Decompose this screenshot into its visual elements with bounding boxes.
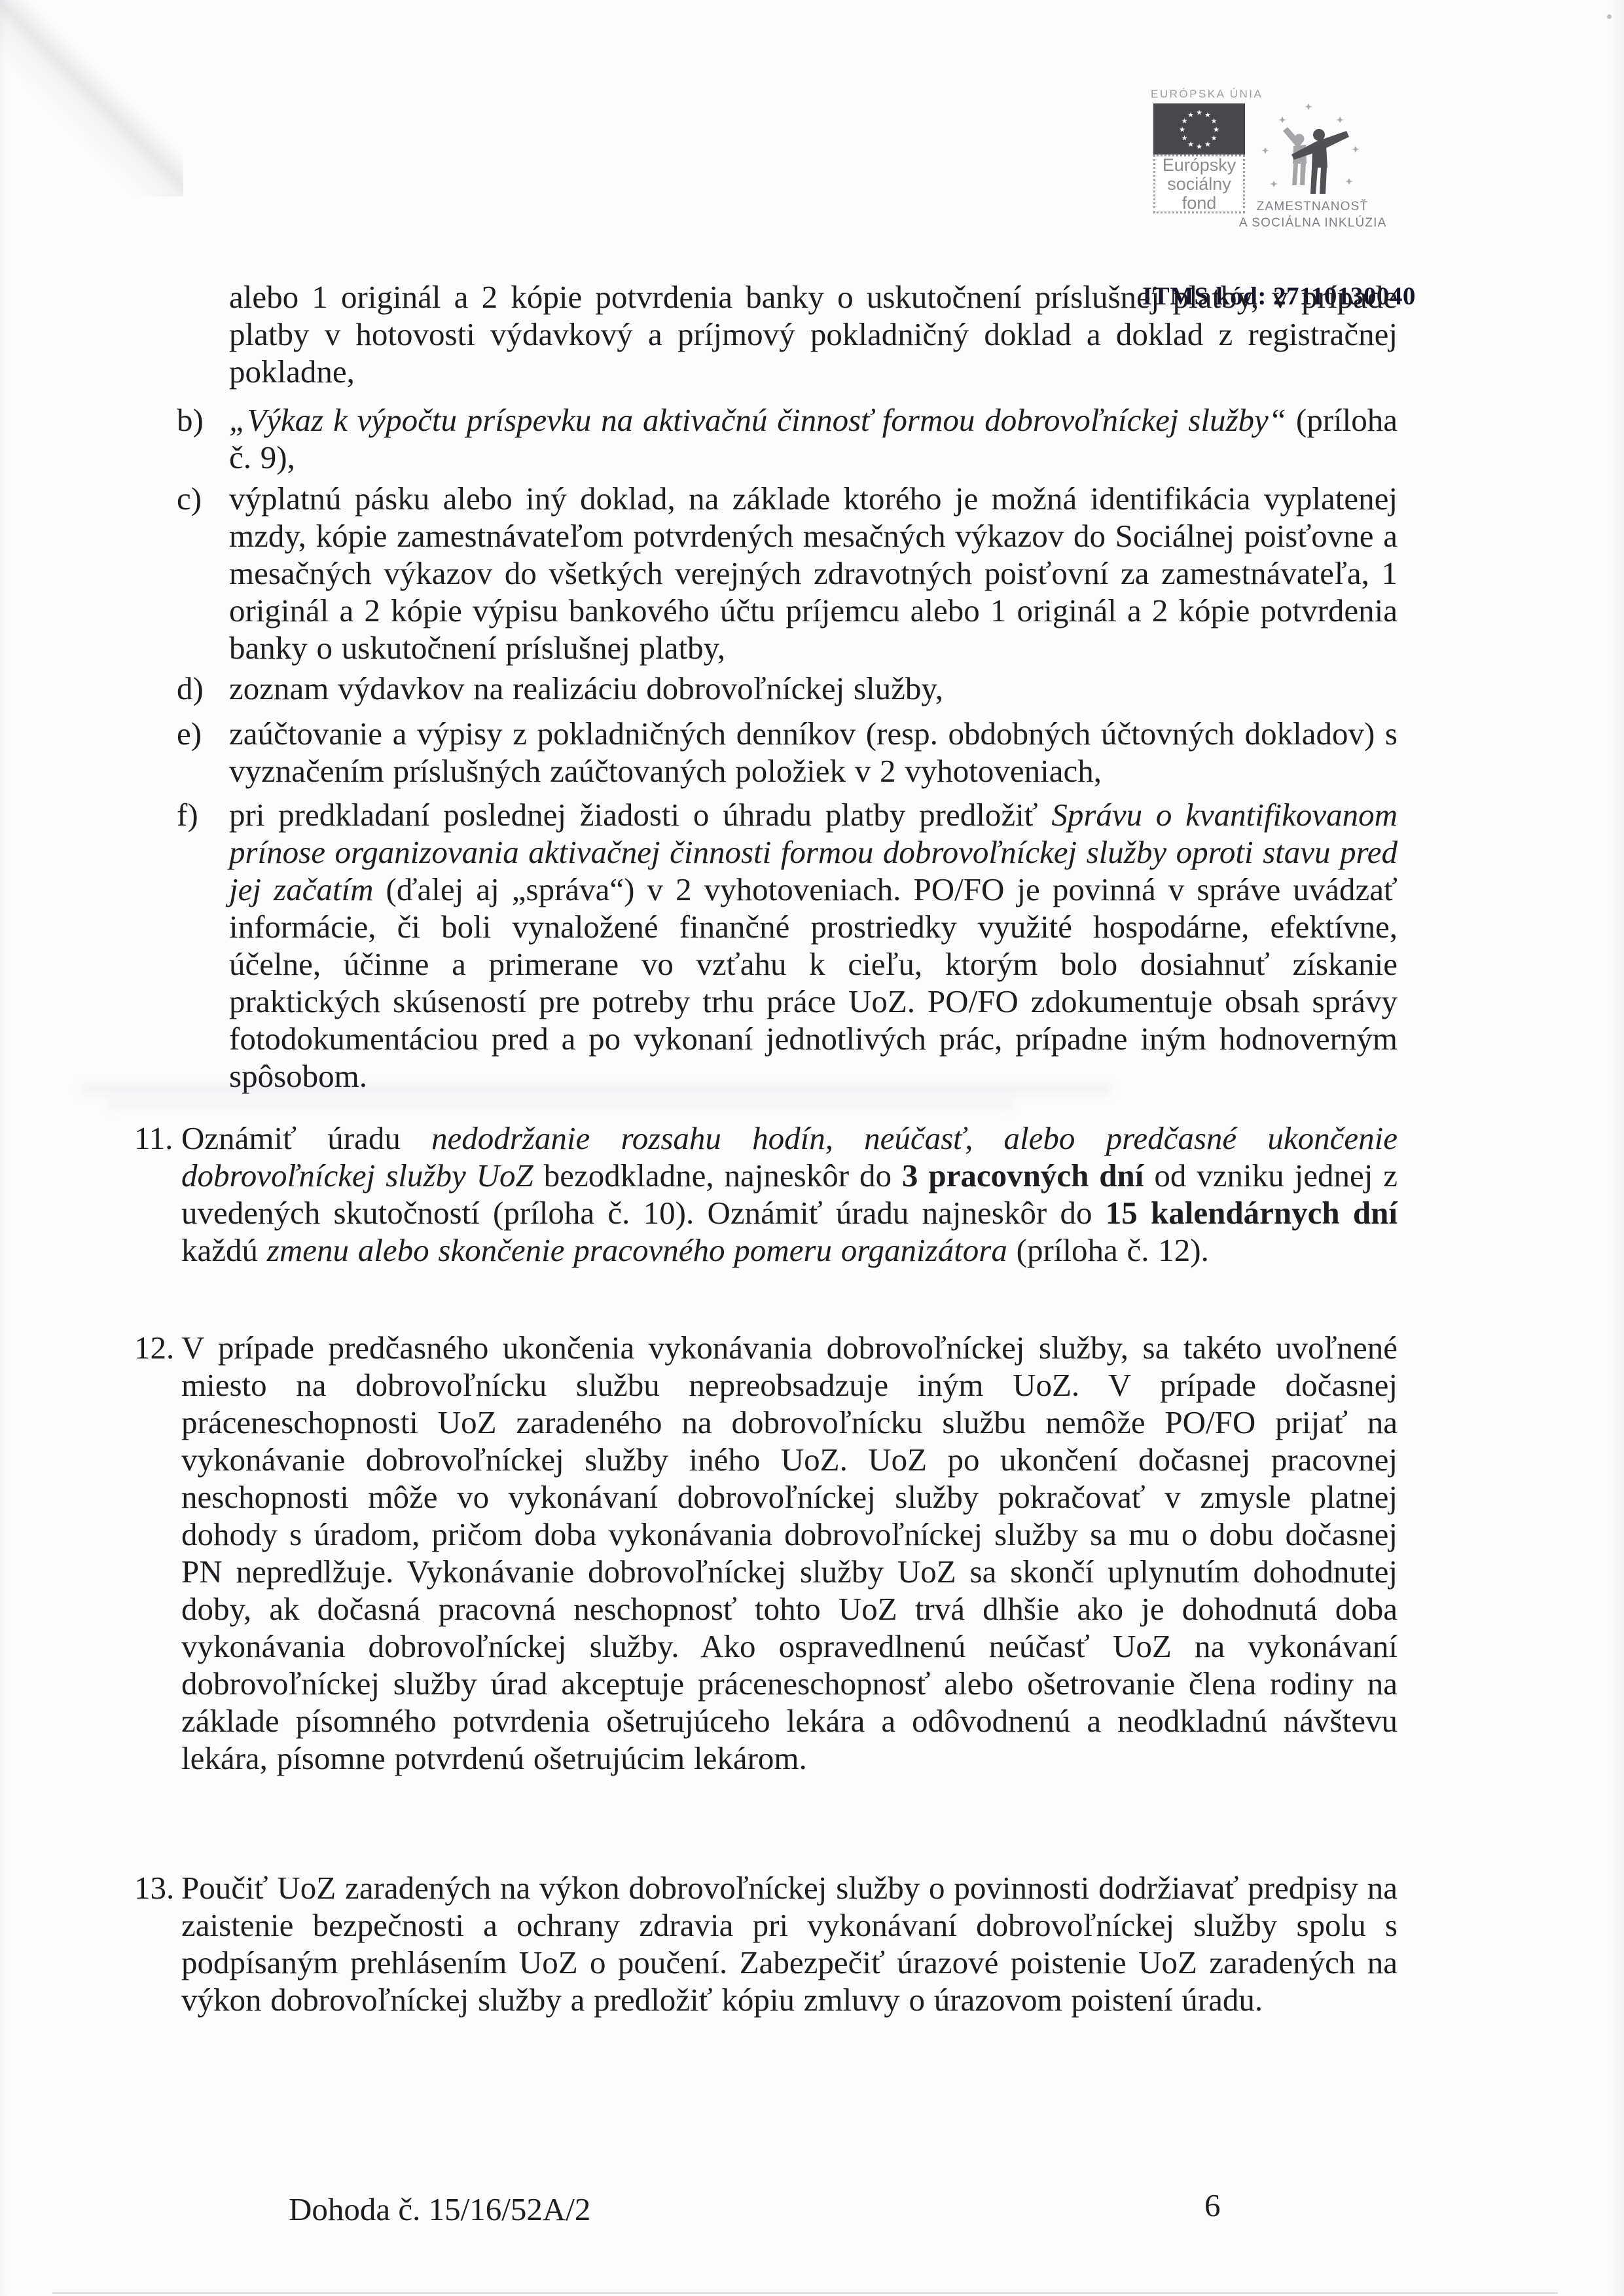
item-label: e) <box>177 715 202 752</box>
footer-document-number: Dohoda č. 15/16/52A/2 <box>289 2191 590 2228</box>
scan-edge-bottom <box>52 2292 1558 2294</box>
svg-text:★: ★ <box>1187 140 1194 149</box>
svg-text:★: ★ <box>1196 143 1202 151</box>
item-label: b) <box>177 401 204 439</box>
item-label: 13. <box>134 1869 174 1906</box>
list-item-f: f) pri predkladaní poslednej žiadosti o … <box>177 796 1398 1095</box>
svg-text:★: ★ <box>1182 117 1188 126</box>
svg-text:★: ★ <box>1211 117 1218 126</box>
list-item-13: 13. Poučiť UoZ zaradených na výkon dobro… <box>134 1869 1398 2018</box>
item-text: Oznámiť úradu nedodržanie rozsahu hodín,… <box>181 1120 1398 1269</box>
scan-speck <box>1607 14 1612 19</box>
esf-caption-line: fond <box>1155 194 1243 213</box>
list-item-b: b) „Výkaz k výpočtu príspevku na aktivač… <box>177 401 1398 476</box>
item-label: f) <box>177 796 198 833</box>
item-text: zoznam výdavkov na realizáciu dobrovoľní… <box>229 670 1398 707</box>
scanned-document-page: { "header": { "eu_logo": { "top_label": … <box>0 0 1624 2296</box>
eu-stars-circle-icon: ★ ★ ★ ★ ★ ★ ★ ★ ★ ★ ★ ★ <box>1153 103 1245 155</box>
item-label: c) <box>177 480 202 517</box>
scan-edge-right <box>1611 0 1624 2296</box>
item-label: 12. <box>134 1329 174 1366</box>
page-fold-shadow <box>0 0 183 196</box>
esf-caption-box: Európsky sociálny fond <box>1153 155 1245 213</box>
svg-text:★: ★ <box>1196 109 1202 117</box>
svg-text:★: ★ <box>1211 134 1218 143</box>
esf-caption-line: sociálny <box>1155 175 1243 194</box>
svg-text:★: ★ <box>1204 140 1211 149</box>
svg-text:★: ★ <box>1213 126 1219 134</box>
item-text: výplatnú pásku alebo iný doklad, na zákl… <box>229 480 1398 666</box>
list-item-11: 11. Oznámiť úradu nedodržanie rozsahu ho… <box>134 1120 1398 1269</box>
esi-caption-line: A SOCIÁLNA INKLÚZIA <box>1239 215 1386 231</box>
item-text: „Výkaz k výpočtu príspevku na aktivačnú … <box>229 401 1398 476</box>
item-text: zaúčtovanie a výpisy z pokladničných den… <box>229 715 1398 790</box>
list-item-c: c) výplatnú pásku alebo iný doklad, na z… <box>177 480 1398 666</box>
item-text: Poučiť UoZ zaradených na výkon dobrovoľn… <box>181 1869 1398 2018</box>
footer-page-number: 6 <box>1204 2187 1221 2224</box>
svg-text:★: ★ <box>1204 111 1211 119</box>
svg-text:★: ★ <box>1187 111 1194 119</box>
svg-text:★: ★ <box>1179 126 1185 134</box>
esi-logo-caption: ZAMESTNANOSŤ A SOCIÁLNA INKLÚZIA <box>1239 198 1386 231</box>
list-item-e: e) zaúčtovanie a výpisy z pokladničných … <box>177 715 1398 790</box>
list-item-d: d) zoznam výdavkov na realizáciu dobrovo… <box>177 670 1398 707</box>
eu-flag-icon: ★ ★ ★ ★ ★ ★ ★ ★ ★ ★ ★ ★ <box>1153 103 1245 155</box>
item-text: pri predkladaní poslednej žiadosti o úhr… <box>229 796 1398 1095</box>
eu-logo-title: EURÓPSKA ÚNIA <box>1151 88 1248 101</box>
scan-edge-left <box>0 0 8 2296</box>
list-item-12: 12. V prípade predčasného ukončenia vyko… <box>134 1329 1398 1777</box>
people-figures-icon <box>1254 98 1371 196</box>
item-label: d) <box>177 670 204 707</box>
item-label: 11. <box>134 1120 173 1157</box>
item-text: V prípade predčasného ukončenia vykonáva… <box>181 1329 1398 1777</box>
intro-paragraph: alebo 1 originál a 2 kópie potvrdenia ba… <box>229 278 1398 390</box>
esi-caption-line: ZAMESTNANOSŤ <box>1239 198 1386 215</box>
svg-text:★: ★ <box>1182 134 1188 143</box>
esf-caption-line: Európsky <box>1155 156 1243 175</box>
